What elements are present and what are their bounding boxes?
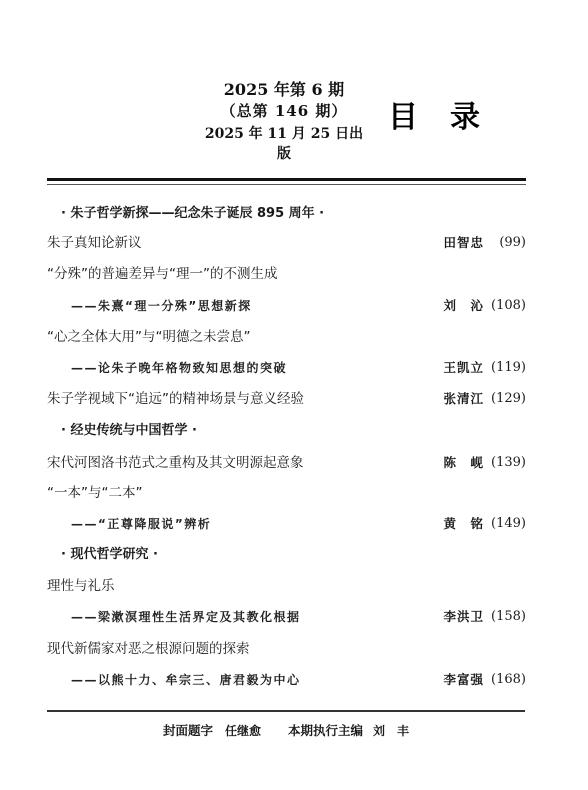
toc-entry[interactable]: “一本”与“二本” xyxy=(47,483,526,503)
total-issue-number: （总第 146 期） xyxy=(200,100,368,121)
section-title: · 现代哲学研究 · xyxy=(61,545,158,565)
issue-number: 2025 年第 6 期 xyxy=(200,77,368,100)
section-title: · 朱子哲学新探——纪念朱子诞辰 895 周年 · xyxy=(61,204,324,224)
article-title[interactable]: 宋代河图洛书范式之重构及其文明源起意象 xyxy=(47,453,304,473)
toc-section-heading: · 朱子哲学新探——纪念朱子诞辰 895 周年 · xyxy=(47,204,526,224)
toc-section-heading: · 经史传统与中国哲学 · xyxy=(47,421,526,441)
toc-entry-subtitle[interactable]: ——朱熹“理一分殊”思想新探 刘 沁 (108) xyxy=(47,296,526,316)
masthead: 2025 年第 6 期 （总第 146 期） 2025 年 11 月 25 日出… xyxy=(0,0,588,170)
toc-entry[interactable]: 朱子真知论新议 田智忠 (99) xyxy=(47,233,526,253)
page-number: (129) xyxy=(491,389,526,409)
page-number: (139) xyxy=(491,453,526,473)
toc-entry-subtitle[interactable]: ——“正尊降服说”辨析 黄 铭 (149) xyxy=(47,514,526,534)
toc-section-heading: · 现代哲学研究 · xyxy=(47,545,526,565)
article-title[interactable]: 现代新儒家对恶之根源问题的探索 xyxy=(47,639,250,659)
colophon: 封面题字 任继愈 本期执行主编 刘 丰 xyxy=(0,720,588,742)
toc-entry[interactable]: 现代新儒家对恶之根源问题的探索 xyxy=(47,639,526,659)
article-subtitle[interactable]: ——梁漱溟理性生活界定及其教化根据 xyxy=(71,607,301,627)
page-number: (99) xyxy=(499,233,526,253)
top-rule-thick xyxy=(47,178,526,181)
article-author: 黄 铭 xyxy=(443,514,484,534)
toc-entry[interactable]: 理性与礼乐 xyxy=(47,576,526,596)
executive-editor-label: 本期执行主编 xyxy=(288,720,363,742)
article-subtitle[interactable]: ——以熊十力、牟宗三、唐君毅为中心 xyxy=(71,670,301,690)
article-author: 田智忠 xyxy=(443,233,484,253)
toc-entry-subtitle[interactable]: ——梁漱溟理性生活界定及其教化根据 李洪卫 (158) xyxy=(47,607,526,627)
toc-entry-subtitle[interactable]: ——论朱子晚年格物致知思想的突破 王凯立 (119) xyxy=(47,358,526,378)
page-number: (158) xyxy=(491,607,526,627)
section-title: · 经史传统与中国哲学 · xyxy=(61,421,197,441)
article-author: 陈 岘 xyxy=(443,453,484,473)
page-number: (168) xyxy=(491,670,526,690)
article-author: 王凯立 xyxy=(443,358,484,378)
article-title[interactable]: 朱子学视域下“追远”的精神场景与意义经验 xyxy=(47,389,304,409)
article-author: 李洪卫 xyxy=(443,607,484,627)
page-number: (149) xyxy=(491,514,526,534)
article-author: 刘 沁 xyxy=(443,296,484,316)
executive-editor-name: 刘 丰 xyxy=(373,720,409,742)
page-number: (119) xyxy=(491,358,526,378)
article-title[interactable]: “心之全体大用”与“明德之未尝息” xyxy=(47,327,250,347)
toc-entry-subtitle[interactable]: ——以熊十力、牟宗三、唐君毅为中心 李富强 (168) xyxy=(47,670,526,690)
article-author: 李富强 xyxy=(443,670,484,690)
article-title[interactable]: 朱子真知论新议 xyxy=(47,233,142,253)
article-title[interactable]: “一本”与“二本” xyxy=(47,483,142,503)
toc-entry[interactable]: 宋代河图洛书范式之重构及其文明源起意象 陈 岘 (139) xyxy=(47,453,526,473)
article-subtitle[interactable]: ——“正尊降服说”辨析 xyxy=(71,514,211,534)
cover-calligraphy-name: 任继愈 xyxy=(225,720,261,742)
toc-entry[interactable]: 朱子学视域下“追远”的精神场景与意义经验 张清江 (129) xyxy=(47,389,526,409)
toc-entry[interactable]: “心之全体大用”与“明德之未尝息” xyxy=(47,327,526,347)
article-author: 张清江 xyxy=(443,389,484,409)
publish-date: 2025 年 11 月 25 日出版 xyxy=(200,123,368,163)
bottom-rule xyxy=(47,710,525,712)
toc-entry[interactable]: “分殊”的普遍差异与“理一”的不测生成 xyxy=(47,264,526,284)
page-title: 目录 xyxy=(388,92,512,136)
cover-calligraphy-label: 封面题字 xyxy=(163,720,213,742)
article-title[interactable]: 理性与礼乐 xyxy=(47,576,115,596)
article-subtitle[interactable]: ——朱熹“理一分殊”思想新探 xyxy=(71,296,252,316)
article-subtitle[interactable]: ——论朱子晚年格物致知思想的突破 xyxy=(71,358,287,378)
article-title[interactable]: “分殊”的普遍差异与“理一”的不测生成 xyxy=(47,264,277,284)
top-rule-thin xyxy=(47,184,526,185)
page-number: (108) xyxy=(491,296,526,316)
